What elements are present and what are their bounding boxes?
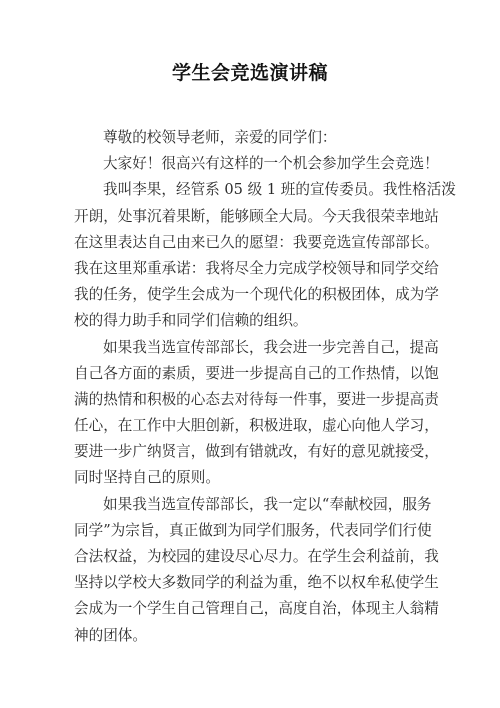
document-body: 尊敬的校领导老师，亲爱的同学们： 大家好！很高兴有这样的一个机会参加学生会竞选！… bbox=[74, 125, 426, 649]
text-line: 坚持以学校大多数同学的利益为重，绝不以权牟私使学生 bbox=[74, 570, 426, 596]
text-line: 任心，在工作中大胆创新，积极进取，虚心向他人学习， bbox=[74, 413, 426, 439]
text-line: 开朗，处事沉着果断，能够顾全大局。今天我很荣幸地站 bbox=[74, 204, 426, 230]
text-line: 如果我当选宣传部部长，我会进一步完善自己，提高 bbox=[74, 335, 426, 361]
text-line: 同学”为宗旨，真正做到为同学们服务，代表同学们行使 bbox=[74, 518, 426, 544]
text-line: 大家好！很高兴有这样的一个机会参加学生会竞选！ bbox=[74, 151, 426, 177]
document-title: 学生会竞选演讲稿 bbox=[0, 58, 500, 85]
text-line: 合法权益，为校园的建设尽心尽力。在学生会利益前，我 bbox=[74, 544, 426, 570]
text-line: 自己各方面的素质，要进一步提高自己的工作热情，以饱 bbox=[74, 361, 426, 387]
document-page: 学生会竞选演讲稿 尊敬的校领导老师，亲爱的同学们： 大家好！很高兴有这样的一个机… bbox=[0, 0, 500, 708]
text-line: 神的团体。 bbox=[74, 623, 426, 649]
text-line: 同时坚持自己的原则。 bbox=[74, 465, 426, 491]
text-line: 我叫李果，经管系 05 级 1 班的宣传委员。我性格活泼 bbox=[74, 177, 426, 203]
text-line: 尊敬的校领导老师，亲爱的同学们： bbox=[74, 125, 426, 151]
text-line: 满的热情和积极的心态去对待每一件事，要进一步提高责 bbox=[74, 387, 426, 413]
text-line: 我在这里郑重承诺：我将尽全力完成学校领导和同学交给 bbox=[74, 256, 426, 282]
text-line: 要进一步广纳贤言，做到有错就改，有好的意见就接受， bbox=[74, 439, 426, 465]
text-line: 如果我当选宣传部部长，我一定以“奉献校园，服务 bbox=[74, 492, 426, 518]
text-line: 校的得力助手和同学们信赖的组织。 bbox=[74, 308, 426, 334]
text-line: 我的任务，使学生会成为一个现代化的积极团体，成为学 bbox=[74, 282, 426, 308]
text-line: 在这里表达自己由来已久的愿望：我要竞选宣传部部长。 bbox=[74, 230, 426, 256]
text-line: 会成为一个学生自己管理自己，高度自治，体现主人翁精 bbox=[74, 596, 426, 622]
